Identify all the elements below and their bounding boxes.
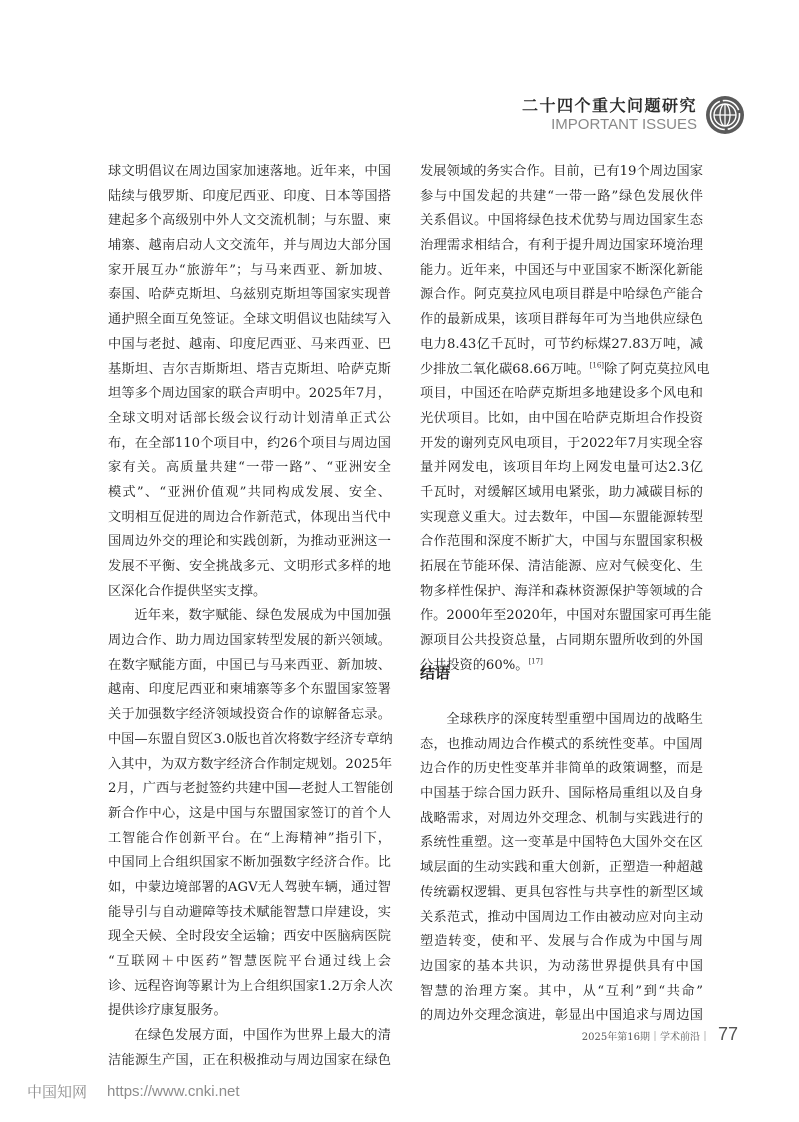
text-line: 发展不平衡、安全挑战多元、文明形式多样的地: [108, 555, 391, 580]
text-line: 战略需求，对周边外交理念、机制与实践进行的: [420, 807, 703, 832]
text-line: 边合作的历史性变革并非简单的政策调整，而是: [420, 757, 703, 782]
paragraph-start-line: 全球秩序的深度转型重塑中国周边的战略生: [420, 708, 703, 733]
text-line: 拓展在节能环保、清洁能源、应对气候变化、生: [420, 555, 703, 580]
text-line: 在数字赋能方面，中国已与马来西亚、新加坡、: [108, 654, 391, 679]
paragraph-start-line: 在绿色发展方面，中国作为世界上最大的清: [108, 1024, 391, 1049]
text-line: 电力8.43亿千瓦时，可节约标煤27.83万吨，减: [420, 333, 703, 358]
text-line: 区深化合作提供坚实支撑。: [108, 580, 391, 605]
text-line: 中国基于综合国力跃升、国际格局重组以及自身: [420, 782, 703, 807]
text-line: 能力。近年来，中国还与中亚国家不断深化新能: [420, 259, 703, 284]
left-column: 球文明倡议在周边国家加速落地。近年来，中国 陆续与俄罗斯、印度尼西亚、印度、日本…: [108, 160, 391, 1073]
text-line: 合作范围和深度不断扩大，中国与东盟国家积极: [420, 530, 703, 555]
text-line: 物多样性保护、海洋和森林资源保护等领域的合: [420, 580, 703, 605]
text-line: 中国同上合组织国家不断加强数字经济合作。比: [108, 851, 391, 876]
text-line: 通护照全面互免签证。全球文明倡议也陆续写入: [108, 308, 391, 333]
text-line: 球文明倡议在周边国家加速落地。近年来，中国: [108, 160, 391, 185]
text-line: 开发的谢列克风电项目，于2022年7月实现全容: [420, 432, 703, 457]
text-line: 埔寨、越南启动人文交流年，并与周边大部分国: [108, 234, 391, 259]
text-line: 如，中蒙边境部署的AGV无人驾驶车辆，通过智: [108, 876, 391, 901]
text-line: 项目，中国还在哈萨克斯坦多地建设多个风电和: [420, 382, 703, 407]
text-line: “互联网＋中医药”智慧医院平台通过线上会: [108, 950, 391, 975]
text-line: 作。2000年至2020年，中国对东盟国家可再生能: [420, 604, 703, 629]
journal-issue: 2025年第16期｜学术前沿｜: [582, 1028, 710, 1043]
text-line: 家有关。高质量共建“一带一路”、“亚洲安全: [108, 456, 391, 481]
text-line: 工智能合作创新平台。在“上海精神”指引下，: [108, 827, 391, 852]
text-line: 塑造转变，使和平、发展与合作成为中国与周: [420, 930, 703, 955]
text-line: 实现意义重大。过去数年，中国—东盟能源转型: [420, 506, 703, 531]
text-line: 家开展互办“旅游年”；与马来西亚、新加坡、: [108, 259, 391, 284]
text-line: 建起多个高级别中外人文交流机制；与东盟、柬: [108, 209, 391, 234]
text-line: 入其中，为双方数字经济合作制定规划。2025年: [108, 753, 391, 778]
citation-ref-16[interactable]: [16]: [590, 361, 604, 369]
page-number: 77: [718, 1024, 738, 1045]
text-line: 国周边外交的理论和实践创新，为推动亚洲这一: [108, 530, 391, 555]
text-line: 智慧的治理方案。其中，从“互利”到“共命”: [420, 980, 703, 1005]
section-heading-conclusion: 结语: [420, 662, 450, 683]
text-line: 边国家的基本共识，为动荡世界提供具有中国: [420, 955, 703, 980]
text-line: 诊、远程咨询等累计为上合组织国家1.2万余人次: [108, 975, 391, 1000]
text-segment: 除了阿克莫拉风电: [604, 362, 710, 377]
text-line: 发展领域的务实合作。目前，已有19个周边国家: [420, 160, 703, 185]
text-line: 布，在全部110个项目中，约26个项目与周边国: [108, 432, 391, 457]
journal-header: 二十四个重大问题研究 IMPORTANT ISSUES: [522, 95, 745, 135]
text-line: 基斯坦、吉尔吉斯斯坦、塔吉克斯坦、哈萨克斯: [108, 358, 391, 383]
paragraph-start-line: 近年来，数字赋能、绿色发展成为中国加强: [108, 604, 391, 629]
text-line-with-citation: 少排放二氧化碳68.66万吨。[16]除了阿克莫拉风电: [420, 358, 703, 383]
text-line: 关系范式，推动中国周边工作由被动应对向主动: [420, 906, 703, 931]
text-line: 能导引与自动避障等技术赋能智慧口岸建设，实: [108, 901, 391, 926]
watermark-url[interactable]: https://www.cnki.net: [107, 1083, 240, 1100]
text-line: 洁能源生产国，正在积极推动与周边国家在绿色: [108, 1049, 391, 1074]
text-segment: 少排放二氧化碳68.66万吨。: [420, 362, 590, 377]
text-line: 陆续与俄罗斯、印度尼西亚、印度、日本等国搭: [108, 185, 391, 210]
text-line: 域层面的生动实践和重大创新，正塑造一种超越: [420, 856, 703, 881]
text-line: 文明相互促进的周边合作新范式，体现出当代中: [108, 506, 391, 531]
text-line: 治理需求相结合，有利于提升周边国家环境治理: [420, 234, 703, 259]
text-line: 模式”、“亚洲价值观”共同构成发展、安全、: [108, 481, 391, 506]
text-line: 关系倡议。中国将绿色技术优势与周边国家生态: [420, 209, 703, 234]
text-line: 现全天候、全时段安全运输；西安中医脑病医院: [108, 925, 391, 950]
conclusion-body: 全球秩序的深度转型重塑中国周边的战略生 态，也推动周边合作模式的系统性变革。中国…: [420, 708, 703, 1029]
text-line: 2月，广西与老挝签约共建中国—老挝人工智能创: [108, 777, 391, 802]
text-line: 传统霸权逻辑、更具包容性与共享性的新型区域: [420, 881, 703, 906]
text-line: 全球文明对话部长级会议行动计划清单正式公: [108, 407, 391, 432]
text-line: 中国—东盟自贸区3.0版也首次将数字经济专章纳: [108, 728, 391, 753]
text-line: 作的最新成果，该项目群每年可为当地供应绿色: [420, 308, 703, 333]
text-line: 千瓦时，对缓解区域用电紧张，助力减碳目标的: [420, 481, 703, 506]
text-line: 量并网发电，该项目年均上网发电量可达2.3亿: [420, 456, 703, 481]
text-line: 光伏项目。比如，由中国在哈萨克斯坦合作投资: [420, 407, 703, 432]
text-line: 源合作。阿克莫拉风电项目群是中哈绿色产能合: [420, 283, 703, 308]
text-line: 越南、印度尼西亚和柬埔寨等多个东盟国家签署: [108, 678, 391, 703]
header-title-en: IMPORTANT ISSUES: [522, 117, 697, 132]
text-line: 新合作中心，这是中国与东盟国家签订的首个人: [108, 802, 391, 827]
text-line: 坦等多个周边国家的联合声明中。2025年7月，: [108, 382, 391, 407]
text-line: 系统性重塑。这一变革是中国特色大国外交在区: [420, 831, 703, 856]
globe-icon: [705, 95, 745, 135]
cnki-watermark: 中国知网 https://www.cnki.net: [27, 1081, 240, 1102]
right-column: 发展领域的务实合作。目前，已有19个周边国家 参与中国发起的共建“一带一路”绿色…: [420, 160, 703, 678]
text-line: 态，也推动周边合作模式的系统性变革。中国周: [420, 733, 703, 758]
text-line: 中国与老挝、越南、印度尼西亚、马来西亚、巴: [108, 333, 391, 358]
text-line: 提供诊疗康复服务。: [108, 999, 391, 1024]
page-footer: 2025年第16期｜学术前沿｜ 77: [582, 1024, 738, 1045]
watermark-site-name: 中国知网: [27, 1081, 87, 1102]
header-text: 二十四个重大问题研究 IMPORTANT ISSUES: [522, 98, 697, 132]
text-line: 源项目公共投资总量，占同期东盟所收到的外国: [420, 629, 703, 654]
text-line: 参与中国发起的共建“一带一路”绿色发展伙伴: [420, 185, 703, 210]
text-line: 周边合作、助力周边国家转型发展的新兴领域。: [108, 629, 391, 654]
header-title-cn: 二十四个重大问题研究: [522, 98, 697, 114]
text-line: 泰国、哈萨克斯坦、乌兹别克斯坦等国家实现普: [108, 283, 391, 308]
text-line: 关于加强数字经济领域投资合作的谅解备忘录。: [108, 703, 391, 728]
citation-ref-17[interactable]: [17]: [528, 657, 542, 665]
text-line-with-citation: 公共投资的60%。[17]: [420, 654, 703, 679]
